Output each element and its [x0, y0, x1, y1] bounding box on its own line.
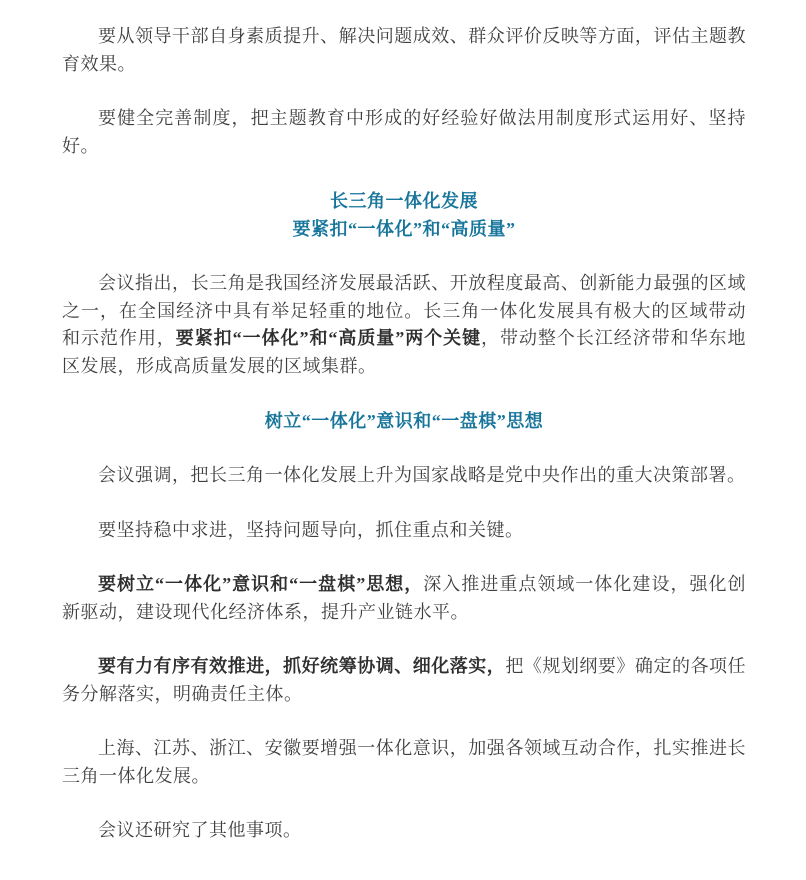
article-content: 要从领导干部自身素质提升、解决问题成效、群众评价反映等方面，评估主题教育效果。要…: [0, 0, 806, 845]
paragraph: 会议指出，长三角是我国经济发展最活跃、开放程度最高、创新能力最强的区域之一，在全…: [62, 270, 746, 380]
paragraph: 要健全完善制度，把主题教育中形成的好经验好做法用制度形式运用好、坚持好。: [62, 105, 746, 160]
paragraph-text: 要坚持稳中求进，坚持问题导向，抓住重点和关键。: [98, 520, 524, 540]
paragraph: 会议强调，把长三角一体化发展上升为国家战略是党中央作出的重大决策部署。: [62, 462, 746, 490]
paragraph-text: 会议还研究了其他事项。: [98, 820, 302, 840]
section-heading-line: 长三角一体化发展: [62, 187, 746, 215]
paragraph-text: 上海、江苏、浙江、安徽要增强一体化意识，加强各领域互动合作，扎实推进长三角一体化…: [62, 738, 746, 786]
paragraph: 要有力有序有效推进，抓好统筹协调、细化落实，把《规划纲要》确定的各项任务分解落实…: [62, 653, 746, 708]
section-heading: 树立“一体化”意识和“一盘棋”思想: [62, 407, 746, 435]
paragraph-text: 会议强调，把长三角一体化发展上升为国家战略是党中央作出的重大决策部署。: [98, 465, 746, 485]
paragraph: 要从领导干部自身素质提升、解决问题成效、群众评价反映等方面，评估主题教育效果。: [62, 23, 746, 78]
section-heading-line: 要紧扣“一体化”和“高质量”: [62, 215, 746, 243]
paragraph: 要坚持稳中求进，坚持问题导向，抓住重点和关键。: [62, 517, 746, 545]
paragraph-bold-text: 要树立“一体化”意识和“一盘棋”思想，: [98, 574, 423, 594]
paragraph: 要树立“一体化”意识和“一盘棋”思想，深入推进重点领域一体化建设，强化创新驱动，…: [62, 571, 746, 626]
paragraph-text: 要健全完善制度，把主题教育中形成的好经验好做法用制度形式运用好、坚持好。: [62, 108, 746, 156]
paragraph: 上海、江苏、浙江、安徽要增强一体化意识，加强各领域互动合作，扎实推进长三角一体化…: [62, 735, 746, 790]
paragraph-text: 要从领导干部自身素质提升、解决问题成效、群众评价反映等方面，评估主题教育效果。: [62, 26, 746, 74]
paragraph-bold-text: 要紧扣“一体化”和“高质量”两个关键: [176, 328, 481, 348]
paragraph: 会议还研究了其他事项。: [62, 817, 746, 845]
section-heading-line: 树立“一体化”意识和“一盘棋”思想: [62, 407, 746, 435]
section-heading: 长三角一体化发展要紧扣“一体化”和“高质量”: [62, 187, 746, 243]
paragraph-bold-text: 要有力有序有效推进，抓好统筹协调、细化落实，: [98, 656, 505, 676]
